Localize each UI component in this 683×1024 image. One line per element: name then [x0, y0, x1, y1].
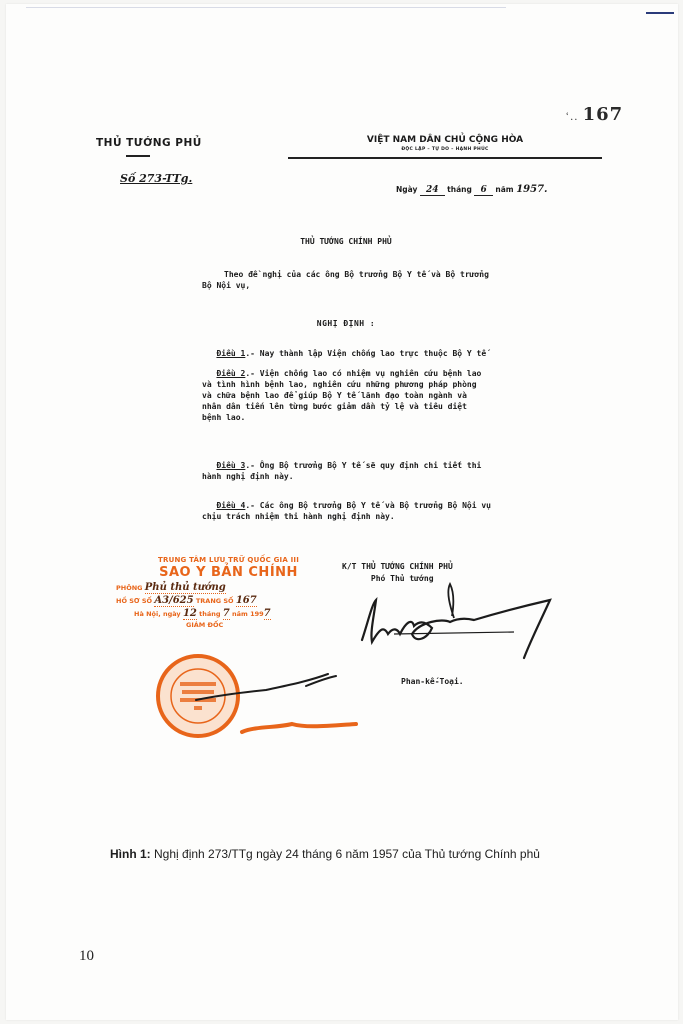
article-4-text: .- Các ông Bộ trưởng Bộ Y tế và Bộ trưởn…: [202, 501, 491, 521]
stamp-date-day: 12: [183, 608, 197, 620]
stamp-date-label: Hà Nội, ngày: [134, 610, 181, 618]
date-day: 24: [420, 185, 445, 196]
date-month: 6: [474, 185, 492, 196]
decision-heading: NGHỊ ĐỊNH :: [196, 319, 496, 328]
header-rule: [288, 157, 602, 159]
issue-date: Ngày 24 tháng 6 năm 1957.: [396, 184, 548, 196]
nation-name: VIỆT NAM DÂN CHỦ CỘNG HÒA: [288, 135, 602, 145]
stamp-page-value: 167: [236, 595, 257, 607]
article-1: Điều 1.- Nay thành lập Viện chống lao tr…: [202, 348, 486, 359]
stamp-date-year: 7: [264, 608, 271, 620]
stamp-file-value: A3/625: [154, 595, 193, 607]
stamp-fund-value: Phủ thủ tướng: [145, 582, 226, 594]
scan-edge-line: [26, 7, 506, 8]
stamp-date-year-label: năm 199: [232, 610, 264, 618]
stamp-page-label: TRANG SỐ: [196, 597, 234, 605]
date-prefix: Ngày: [396, 185, 417, 194]
national-motto: ĐỘC LẬP – TỰ DO – HẠNH PHÚC: [288, 147, 602, 152]
scan-corner-mark: [646, 12, 674, 14]
preamble: Theo đề nghị của các ông Bộ trưởng Bộ Y …: [202, 269, 489, 291]
page-number: 10: [79, 948, 94, 965]
archive-page-number: ʿ.. 167: [566, 104, 623, 125]
issuer-name: THỦ TƯỚNG PHỦ: [96, 137, 202, 149]
stamp-director-label: GIÁM ĐỐC: [116, 621, 341, 629]
stamp-date-month: 7: [223, 608, 230, 620]
stamp-fund-label: PHÔNG: [116, 584, 143, 592]
article-1-text: .- Nay thành lập Viện chống lao trực thu…: [245, 349, 486, 358]
stamp-fund-row: PHÔNG Phủ thủ tướng: [116, 582, 341, 593]
handwritten-signature: [354, 582, 554, 662]
article-2: Điều 2.- Viện chống lao có nhiệm vụ nghi…: [202, 368, 481, 423]
caption-text: Nghị định 273/TTg ngày 24 tháng 6 năm 19…: [151, 847, 540, 861]
signer-name: Phan-kế-Toại.: [401, 677, 464, 686]
stamp-date-row: Hà Nội, ngày 12 tháng 7 năm 1997: [116, 608, 341, 619]
stamp-date-month-label: tháng: [199, 610, 220, 618]
book-page: ʿ.. 167 THỦ TƯỚNG PHỦ Số 273-TTg. VIỆT N…: [6, 4, 678, 1020]
article-3-label: Điều 3: [216, 461, 245, 470]
date-year: 1957.: [516, 184, 547, 195]
article-4: Điều 4.- Các ông Bộ trưởng Bộ Y tế và Bộ…: [202, 500, 491, 522]
date-year-label: năm: [495, 185, 513, 194]
document-number: Số 273-TTg.: [120, 172, 192, 185]
figure-caption: Hình 1: Nghị định 273/TTg ngày 24 tháng …: [110, 847, 540, 861]
date-month-label: tháng: [447, 185, 472, 194]
article-3: Điều 3.- Ông Bộ trưởng Bộ Y tế sẽ quy đị…: [202, 460, 481, 482]
certified-copy-stamp: TRUNG TÂM LƯU TRỮ QUỐC GIA III SAO Y BẢN…: [116, 556, 341, 629]
article-4-label: Điều 4: [216, 501, 245, 510]
caption-label: Hình 1:: [110, 847, 151, 861]
issuer-underline: [126, 155, 150, 157]
archive-page-number-value: 167: [583, 104, 624, 125]
article-2-label: Điều 2: [216, 369, 245, 378]
document-heading: THỦ TƯỚNG CHÍNH PHỦ: [196, 237, 496, 246]
article-1-label: Điều 1: [216, 349, 245, 358]
stamp-org: TRUNG TÂM LƯU TRỮ QUỐC GIA III: [116, 556, 341, 564]
stamp-file-row: HỒ SƠ SỐ A3/625 TRANG SỐ 167: [116, 595, 341, 606]
stamp-title: SAO Y BẢN CHÍNH: [116, 565, 341, 580]
official-seal: [156, 652, 366, 747]
stamp-file-label: HỒ SƠ SỐ: [116, 597, 152, 605]
